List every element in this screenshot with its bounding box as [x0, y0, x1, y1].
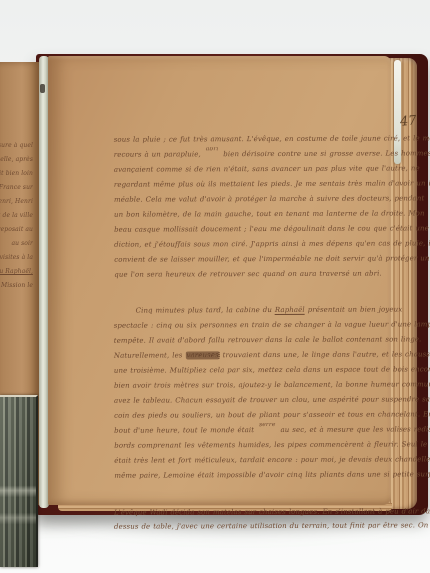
handwritten-line: tempête. Il avait d'abord fallu retrouve… [114, 332, 430, 348]
line-text: trouvaient dans une, le linge dans l'aut… [223, 350, 430, 359]
facing-line: à la Mission le [0, 282, 33, 296]
photograph-of-open-manuscript-book: à mesure à quel nouvelle, après était bi… [0, 0, 430, 573]
paragraph-1: sous la pluie ; ce fut très amusant. L'é… [114, 131, 430, 282]
facing-line: nouvelle, après [0, 156, 33, 170]
handwritten-line: L'évêque Wadi décida son matelas sur cha… [114, 504, 430, 519]
handwritten-line: un bon kilomètre, de la main gauche, tou… [114, 206, 430, 222]
line-text: au sec, et à mesure que les valises redi… [280, 425, 430, 434]
handwritten-line: était très lent et fort méticuleux, tard… [114, 452, 430, 468]
underlined-word-raphael: Raphaël [275, 306, 305, 315]
facing-line: de France sur [0, 184, 33, 198]
line-text: Cinq minutes plus tard, la cabine du [136, 306, 272, 315]
facing-page-line-endings: à mesure à quel nouvelle, après était bi… [0, 142, 33, 392]
handwritten-line: avançaient comme si de rien n'était, san… [114, 161, 430, 177]
handwritten-line: avez le tableau. Chacun essayait de trou… [114, 392, 430, 408]
handwritten-line: dessus de table, j'avec une certaine uti… [114, 518, 430, 533]
handwritten-line-with-insertion: bout d'une heure, tout le monde était se… [114, 422, 430, 438]
paragraph-3: L'évêque Wadi décida son matelas sur cha… [114, 504, 430, 533]
interlinear-insertion: serré [259, 422, 275, 428]
handwritten-line: beau casque mollissait doucement ; l'eau… [114, 221, 430, 237]
scribbled-out-word: vareuses [185, 351, 219, 359]
handwritten-line: sous la pluie ; ce fut très amusant. L'é… [114, 131, 430, 147]
handwritten-line: convient de se laisser mouiller, et que … [114, 251, 430, 267]
handwritten-line-with-insertion: recours à un parapluie, abri bien dériso… [114, 146, 430, 162]
facing-line-underlined-raphael: du Raphaël, [0, 268, 33, 282]
facing-line: et de la ville [0, 212, 33, 226]
handwritten-line: même paire, Lemoine était impossible d'a… [114, 467, 430, 483]
line-text: bien dérisoire contre une si grosse aver… [223, 149, 430, 158]
facing-line: se reposait au [0, 226, 33, 240]
facing-line: au soir [0, 240, 33, 254]
handwritten-line: coin des pieds ou souliers, un bout de p… [114, 407, 430, 423]
handwritten-line: méable. Cela me valut d'avoir à protéger… [114, 191, 430, 207]
facing-line: visites à la [0, 254, 33, 268]
line-text: recours à un parapluie, [114, 150, 201, 158]
line-text: Naturellement, les [114, 351, 183, 359]
pasted-photograph-jungle-railing [0, 395, 38, 567]
page-number: 47 [399, 113, 417, 129]
handwritten-line-with-underline: Cinq minutes plus tard, la cabine du Rap… [114, 302, 430, 318]
paragraph-2: Cinq minutes plus tard, la cabine du Rap… [114, 302, 430, 483]
facing-line: à mesure à quel [0, 142, 33, 156]
handwritten-line: bien avoir trois mètres sur trois, ajout… [114, 377, 430, 393]
facing-page-sliver: à mesure à quel nouvelle, après était bi… [0, 62, 40, 505]
handwritten-line: regardant même plus où ils mettaient les… [114, 176, 430, 192]
interlinear-insertion: abri [206, 146, 219, 152]
handwritten-line-with-scribble: Naturellement, les vareuses trouvaient d… [114, 347, 430, 363]
facing-line: était bien loin [0, 170, 33, 184]
facing-line: et Henri, Henri [0, 198, 33, 212]
handwritten-line: que l'on sera heureux de retrouver sec q… [114, 266, 430, 282]
handwritten-line: bords comprenant les vêtements humides, … [114, 437, 430, 453]
line-text: présentait un bien joyeux [308, 305, 403, 313]
handwritten-line: diction, et j'étouffais sous mon ciré. J… [114, 236, 430, 252]
line-text: bout d'une heure, tout le monde était [114, 426, 254, 435]
handwritten-line: une troisième. Multipliez cela par six, … [114, 362, 430, 378]
manuscript-page-47: 47 sous la pluie ; ce fut très amusant. … [48, 56, 391, 505]
handwritten-line: spectacle : cinq ou six personnes en tra… [114, 317, 430, 333]
gutter-dark-notch [40, 84, 45, 93]
